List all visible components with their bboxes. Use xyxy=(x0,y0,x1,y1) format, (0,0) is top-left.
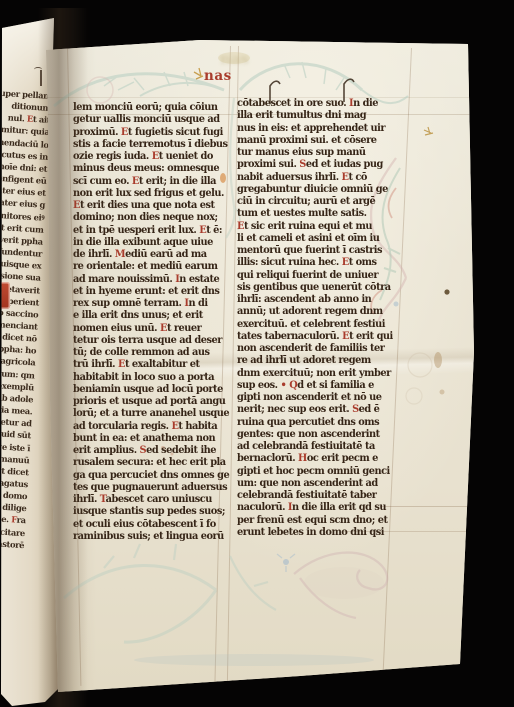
text-line: et in tpē uesperi erit lux. Et ē: xyxy=(73,225,230,237)
text-line: manū proximi sui. et cōsere xyxy=(237,135,410,147)
text-line: ga qua percuciet dns omnes ge xyxy=(73,470,230,482)
text-line: nabit aduersus ihrlī. Et cō xyxy=(237,172,410,184)
text-line: re orientale: et mediū earum xyxy=(73,261,230,273)
text-line: tates tabernaculorū. Et erit qui xyxy=(237,331,410,343)
text-line: ruina qua percutiet dns oms xyxy=(237,417,410,429)
text-line: lem monciū eorū; quia cōiun xyxy=(73,102,230,114)
text-column-left: lem monciū eorū; quia cōiungetur uallis … xyxy=(73,102,230,546)
text-line: tetur ois terra usque ad deser xyxy=(73,335,230,347)
text-line: li et cameli et asini et oīm iu xyxy=(237,233,410,245)
text-line: per frenū est equi scm dno; et xyxy=(237,515,410,527)
text-line: dnm exercituū; non erit ymber xyxy=(237,368,410,380)
text-line: de ihrlī. Mediū earū ad ma xyxy=(73,249,230,261)
text-line: gentes: que non ascenderint xyxy=(237,429,410,441)
text-line: proximi sui. Sed et iudas pug xyxy=(237,159,410,171)
text-line: ihrlī: ascendent ab anno in xyxy=(237,294,410,306)
text-line: sup eos. • Qd et si familia e xyxy=(237,380,410,392)
text-line: naculorū. In die illa erit qd su xyxy=(237,502,410,514)
text-line: ad celebrandā festiuitatē ta xyxy=(237,441,410,453)
text-line: stis a facie terremotus ī diebus xyxy=(73,139,230,151)
ascender-flourish xyxy=(40,70,42,86)
text-line: tes que pugnauerunt aduersus xyxy=(73,482,230,494)
text-line: ozie regis iuda. Et ueniet do xyxy=(73,151,230,163)
left-page-text: uper pellamditionumnul. Et aitemitur: qu… xyxy=(0,83,52,551)
text-line: tum et uestes multe satis. xyxy=(237,208,410,220)
text-line: nerit; nec sup eos erit. Sed ē xyxy=(237,404,410,416)
text-line: illa erit tumultus dni mag xyxy=(237,110,410,122)
text-line: rex sup omnē terram. In di xyxy=(73,298,230,310)
text-line: in die illa exibunt aque uiue xyxy=(73,237,230,249)
text-line: bunt in ea: et anathema non xyxy=(73,433,230,445)
text-line: raminibus suis; et lingua eorū xyxy=(73,531,230,543)
manuscript-photo: { "scene": { "description": "Photograph … xyxy=(0,0,514,707)
text-line: illis: sicut ruina hec. Et oms xyxy=(237,257,410,269)
text-line: celebrandā festiuitatē taber xyxy=(237,490,410,502)
text-line: annū; ut adorent regem dnm xyxy=(237,306,410,318)
running-title: nas xyxy=(204,68,232,84)
text-line: rusalem secura: et hec erit pla xyxy=(73,457,230,469)
text-line: ad mare nouissimū. In estate xyxy=(73,274,230,286)
text-line: e illa erit dns unus; et erit xyxy=(73,310,230,322)
text-line: proximū. Et fugietis sicut fugi xyxy=(73,127,230,139)
text-line: um: que non ascenderint ad xyxy=(237,478,410,490)
text-line: sis gentibus que uenerūt cōtra xyxy=(237,282,410,294)
recto-page: nas nas lem monciū eorū; quia cōiungetur… xyxy=(44,38,476,693)
text-line: ad torcularia regis. Et habita xyxy=(73,421,230,433)
text-column-right: cōtabescet in ore suo. In dieilla erit t… xyxy=(237,98,410,544)
text-line: cōtabescet in ore suo. In die xyxy=(237,98,410,110)
text-line: exercituū. et celebrent festiui xyxy=(237,319,410,331)
text-line: habitabit in loco suo a porta xyxy=(73,372,230,384)
text-line: bernaclorū. Hoc erit pecm e xyxy=(237,453,410,465)
text-line: Et erit dies una que nota est xyxy=(73,200,230,212)
text-line: nus in eis: et apprehendet uir xyxy=(237,123,410,135)
text-line: gregabuntur diuicie omniū ge xyxy=(237,184,410,196)
studio-background: uper pellamditionumnul. Et aitemitur: qu… xyxy=(0,0,514,707)
text-line: ciū in circuitu; aurū et argē xyxy=(237,196,410,208)
text-line: gipti et hoc pecm omniū genci xyxy=(237,466,410,478)
text-line: minus deus meus: omnesque xyxy=(73,163,230,175)
text-line: nomen eius unū. Et reuer xyxy=(73,323,230,335)
text-line: et in hyeme erunt: et erit dns xyxy=(73,286,230,298)
text-line: qui reliqui fuerint de uniuer xyxy=(237,270,410,282)
text-line: tū; de colle remmon ad aus xyxy=(73,347,230,359)
text-line: et oculi eius cōtabescent ī fo xyxy=(73,519,230,531)
text-line: Et sic erit ruina equi et mu xyxy=(237,221,410,233)
text-line: erunt lebetes in domo dni qsi xyxy=(237,527,410,539)
text-line: tur manus eius sup manū xyxy=(237,147,410,159)
text-line: re ad ihrlī ut adoret regem xyxy=(237,355,410,367)
text-line: trū ihrlī. Et exaltabitur et xyxy=(73,359,230,371)
text-line: domino; non dies neque nox; xyxy=(73,212,230,224)
offset-ghost-title: nas xyxy=(220,50,249,68)
text-line: ihrlī. Tabescet caro uniuscu xyxy=(73,494,230,506)
text-line: non ascenderit de familiis ter xyxy=(237,343,410,355)
text-line: prioris et usque ad portā angu xyxy=(73,396,230,408)
text-line: gipti non ascenderit et nō ue xyxy=(237,392,410,404)
text-line: erit amplius. Sed sedebit ihe xyxy=(73,445,230,457)
decorated-initial xyxy=(0,282,10,309)
text-line: mentorū que fuerint ī castris xyxy=(237,245,410,257)
text-line: getur uallis monciū usque ad xyxy=(73,114,230,126)
text-line: iusque stantis sup pedes suos; xyxy=(73,506,230,518)
text-line: lorū; et a turre ananehel usque xyxy=(73,408,230,420)
text-line: scī cum eo. Et erit; in die illa xyxy=(73,176,230,188)
text-line: non erit lux sed frigus et gelu. xyxy=(73,188,230,200)
text-line: beniamin usque ad locū porte xyxy=(73,384,230,396)
